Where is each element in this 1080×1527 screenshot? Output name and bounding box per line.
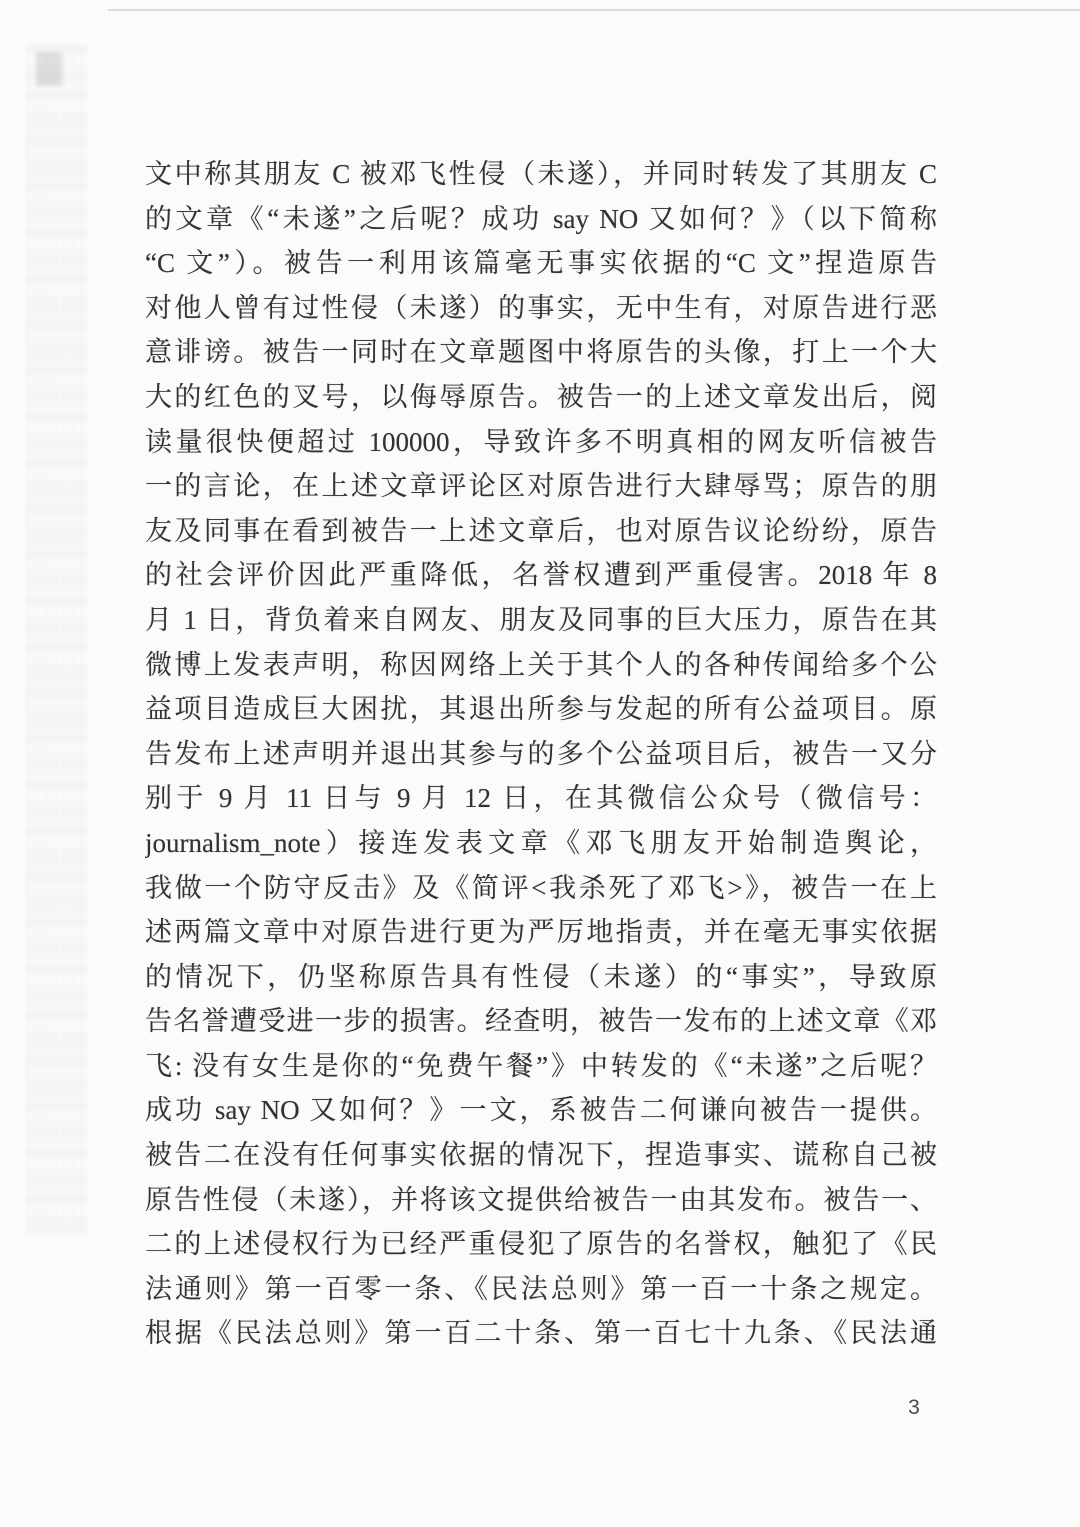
text-line: 友及同事在看到被告一上述文章后，也对原告议论纷纷，原告 — [145, 509, 937, 554]
document-body: 文中称其朋友 C 被邓飞性侵（未遂），并同时转发了其朋友 C 的文章《“未遂”之… — [145, 152, 937, 1356]
text-line: 一的言论，在上述文章评论区对原告进行大肆辱骂；原告的朋 — [145, 464, 937, 509]
text-line: 被告二在没有任何事实依据的情况下，捏造事实、谎称自己被 — [145, 1133, 937, 1178]
text-line: 根据《民法总则》第一百二十条、第一百七十九条、《民法通 — [145, 1311, 937, 1356]
text-line: 法通则》第一百零一条、《民法总则》第一百一十条之规定。 — [145, 1267, 937, 1312]
text-line: 意诽谤。被告一同时在文章题图中将原告的头像，打上一个大 — [145, 330, 937, 375]
scan-top-edge-line — [108, 9, 1080, 11]
text-line: 的社会评价因此严重降低，名誉权遭到严重侵害。2018 年 8 — [145, 553, 937, 598]
text-line: 文中称其朋友 C 被邓飞性侵（未遂），并同时转发了其朋友 C — [145, 152, 937, 197]
text-line: 成功 say NO 又如何？》一文，系被告二何谦向被告一提供。 — [145, 1088, 937, 1133]
text-line: 的文章《“未遂”之后呢？成功 say NO 又如何？》（以下简称 — [145, 197, 937, 242]
text-line: “C 文”）。被告一利用该篇毫无事实依据的“C 文”捏造原告 — [145, 241, 937, 286]
text-line: 月 1 日，背负着来自网友、朋友及同事的巨大压力，原告在其 — [145, 598, 937, 643]
text-line: 读量很快便超过 100000，导致许多不明真相的网友听信被告 — [145, 420, 937, 465]
text-line: 益项目造成巨大困扰，其退出所参与发起的所有公益项目。原 — [145, 687, 937, 732]
text-line: 告发布上述声明并退出其参与的多个公益项目后，被告一又分 — [145, 732, 937, 777]
text-line: 的情况下，仍坚称原告具有性侵（未遂）的“事实”，导致原 — [145, 955, 937, 1000]
text-line: 二的上述侵权行为已经严重侵犯了原告的名誉权，触犯了《民 — [145, 1222, 937, 1267]
text-line: 别于 9 月 11 日与 9 月 12 日，在其微信公众号（微信号： — [145, 776, 937, 821]
scan-corner-smudge — [36, 52, 62, 86]
text-line: 告名誉遭受进一步的损害。经查明，被告一发布的上述文章《邓 — [145, 999, 937, 1044]
scan-left-margin-artifacts — [26, 45, 88, 1235]
text-line: 飞: 没有女生是你的“免费午餐”》中转发的《“未遂”之后呢？ — [145, 1044, 937, 1089]
text-line: 原告性侵（未遂），并将该文提供给被告一由其发布。被告一、 — [145, 1178, 937, 1223]
text-line: 对他人曾有过性侵（未遂）的事实，无中生有，对原告进行恶 — [145, 286, 937, 331]
text-line: journalism_note）接连发表文章《邓飞朋友开始制造舆论， — [145, 821, 937, 866]
page-number: 3 — [899, 1396, 929, 1420]
scanned-document-page: 文中称其朋友 C 被邓飞性侵（未遂），并同时转发了其朋友 C 的文章《“未遂”之… — [0, 0, 1080, 1527]
text-line: 大的红色的叉号，以侮辱原告。被告一的上述文章发出后，阅 — [145, 375, 937, 420]
text-line: 微博上发表声明，称因网络上关于其个人的各种传闻给多个公 — [145, 643, 937, 688]
text-line: 我做一个防守反击》及《简评<我杀死了邓飞>》，被告一在上 — [145, 866, 937, 911]
text-line: 述两篇文章中对原告进行更为严厉地指责，并在毫无事实依据 — [145, 910, 937, 955]
